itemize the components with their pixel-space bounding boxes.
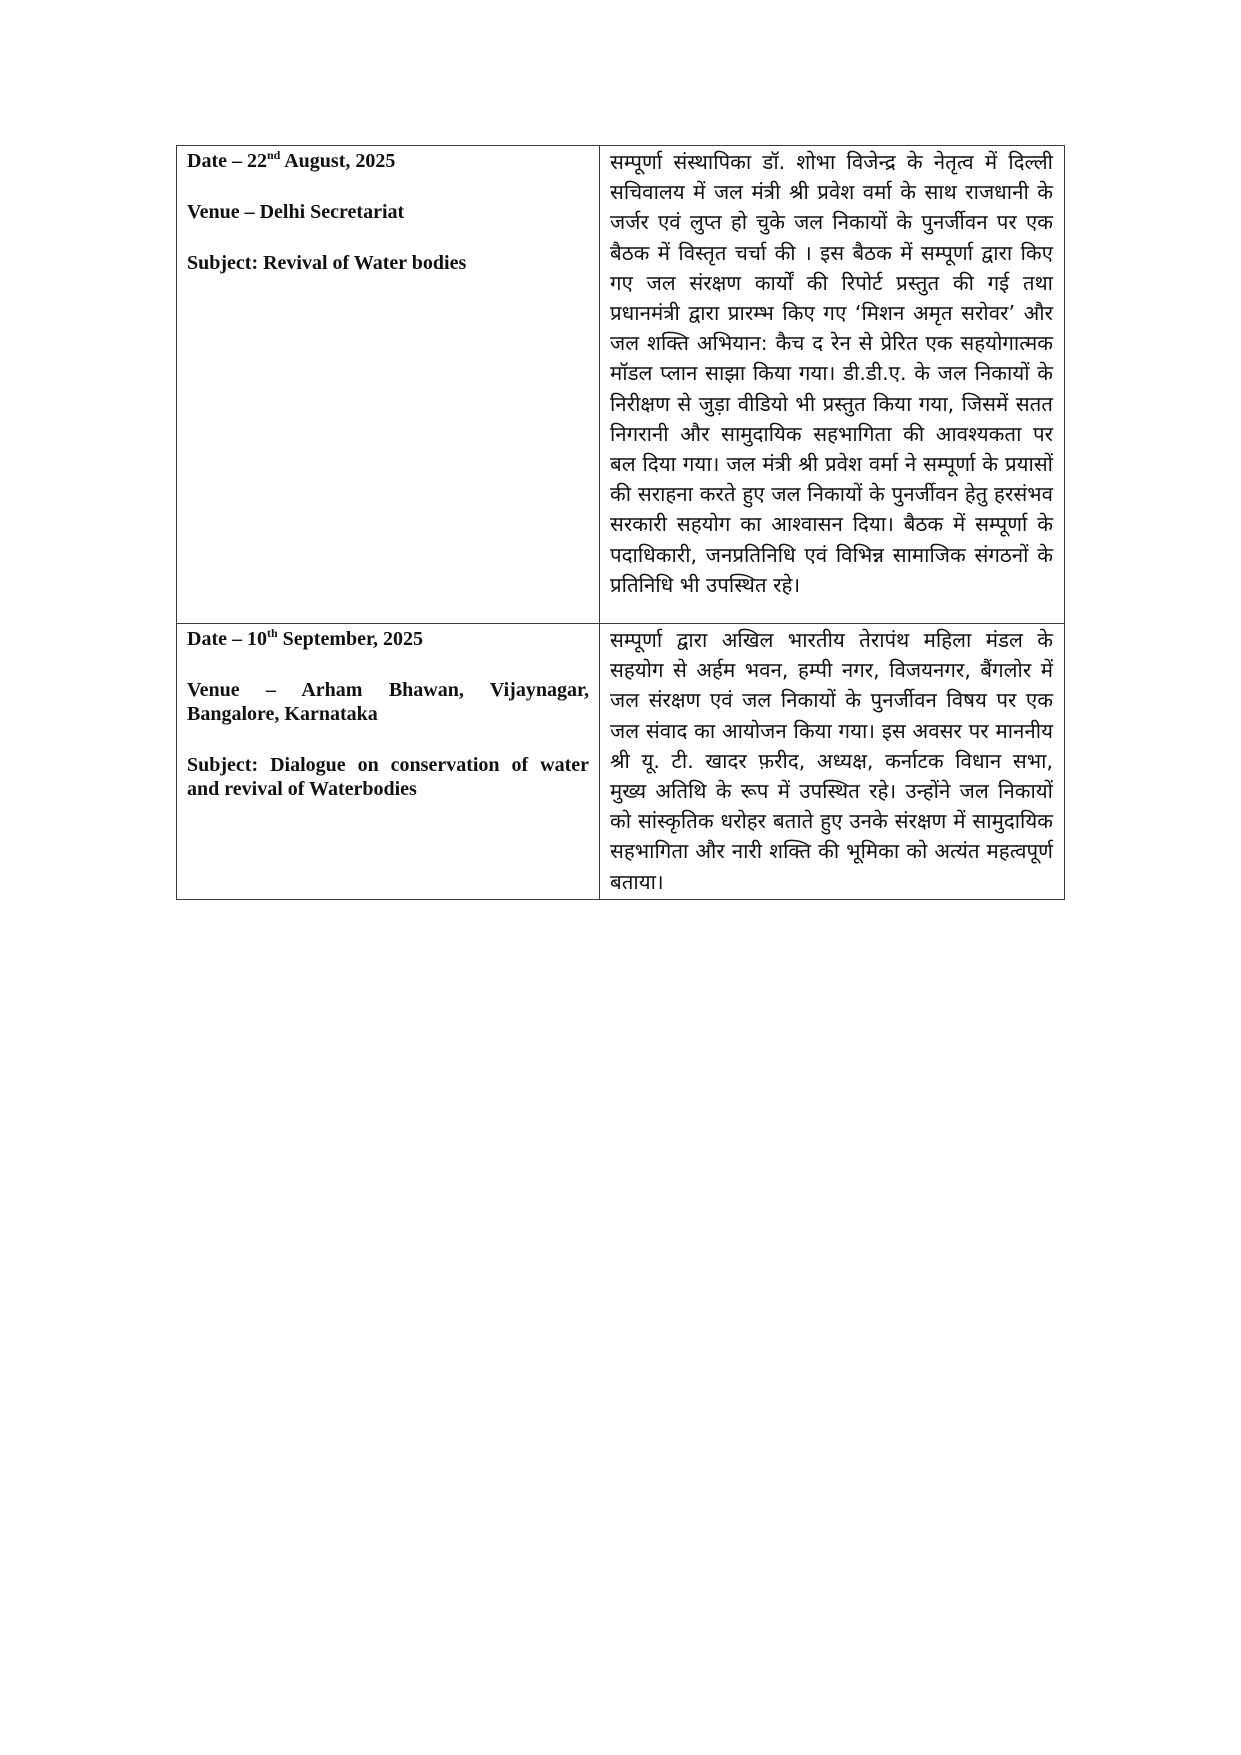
event-venue: Venue – Arham Bhawan, Vijaynagar, Bangal… (187, 678, 589, 726)
event-subject: Subject: Revival of Water bodies (187, 251, 589, 275)
table-row: Date – 22nd August, 2025 Venue – Delhi S… (177, 146, 1065, 624)
event-meta-cell: Date – 10th September, 2025 Venue – Arha… (177, 624, 600, 900)
event-date: Date – 10th September, 2025 (187, 627, 589, 651)
event-meta-cell: Date – 22nd August, 2025 Venue – Delhi S… (177, 146, 600, 624)
table-row: Date – 10th September, 2025 Venue – Arha… (177, 624, 1065, 900)
event-description-cell: सम्पूर्णा संस्थापिका डॉ. शोभा विजेन्द्र … (600, 146, 1065, 624)
event-date: Date – 22nd August, 2025 (187, 149, 589, 173)
document-page: Date – 22nd August, 2025 Venue – Delhi S… (0, 0, 1241, 1755)
event-description-cell: सम्पूर्णा द्वारा अखिल भारतीय तेरापंथ महि… (600, 624, 1065, 900)
event-venue: Venue – Delhi Secretariat (187, 200, 589, 224)
event-subject: Subject: Dialogue on conservation of wat… (187, 753, 589, 801)
events-table: Date – 22nd August, 2025 Venue – Delhi S… (176, 145, 1065, 900)
event-description: सम्पूर्णा संस्थापिका डॉ. शोभा विजेन्द्र … (610, 147, 1053, 600)
event-description: सम्पूर्णा द्वारा अखिल भारतीय तेरापंथ महि… (610, 625, 1053, 897)
